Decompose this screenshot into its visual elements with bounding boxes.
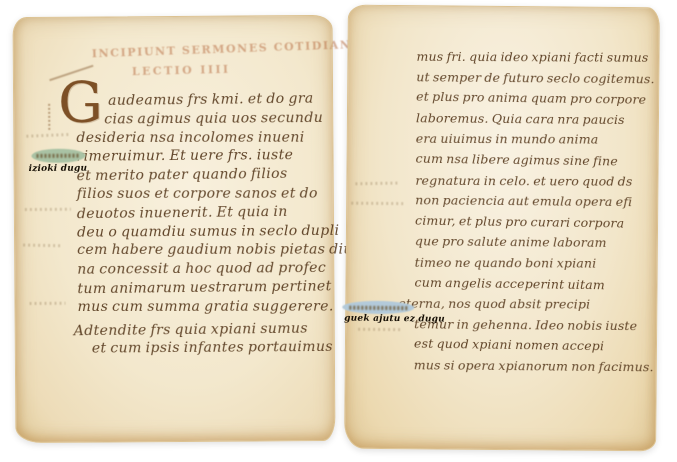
gloss-scribble: [37, 154, 80, 158]
marginal-gloss: [358, 328, 400, 331]
manuscript-line: que pro salute anime laboram: [415, 232, 653, 255]
gloss-label-right: guek ajutu ez dugu: [344, 314, 445, 325]
manuscript-line: rimeruimur. Et uere frs. iuste: [76, 146, 328, 167]
rubric-heading-line-1: INCIPIUNT SERMONES COTIDIANI: [92, 38, 359, 60]
manuscript-line: ut semper de futuro seclo cogitemus.: [416, 67, 654, 90]
marginal-gloss: [355, 182, 399, 186]
right-page: mus fri. quia ideo xpiani facti sumusut …: [344, 5, 660, 452]
manuscript-line: non paciencia aut emula opera efi: [415, 190, 653, 213]
manuscript-line: mus fri. quia ideo xpiani facti sumus: [416, 47, 654, 69]
marginal-gloss: [23, 244, 63, 248]
manuscript-line: filios suos et corpore sanos et do: [77, 185, 329, 204]
left-page: INCIPIUNT SERMONES COTIDIANI LECTIO IIII…: [13, 15, 336, 443]
manuscript-line: regnatura in celo. et uero quod ds: [415, 170, 653, 192]
manuscript-line: Adtendite frs quia xpiani sumus: [74, 319, 330, 341]
gloss-highlight-blue: [342, 301, 414, 315]
manuscript-line: est quod xpiani nomen accepi: [414, 334, 652, 358]
manuscript-photo: INCIPIUNT SERMONES COTIDIANI LECTIO IIII…: [0, 0, 677, 462]
manuscript-line: timeo ne quando boni xpiani: [415, 253, 653, 275]
manuscript-line: et cum ipsis infantes portauimus: [92, 338, 330, 358]
manuscript-line: cum nsa libere agimus sine fine: [415, 149, 653, 173]
manuscript-line: na concessit a hoc quod ad profec: [77, 259, 329, 280]
manuscript-line: et merito pater quando filios: [77, 165, 329, 187]
rubric-heading-line-2: LECTIO IIII: [132, 63, 231, 78]
left-text-block: audeamus frs kmi. et do gracias agimus q…: [76, 90, 330, 359]
manuscript-line: cias agimus quia uos secundu: [104, 109, 328, 129]
marginal-gloss: [30, 302, 66, 305]
manuscript-line: eterna, nos quod absit precipi: [398, 294, 652, 316]
manuscript-line: mus cum summa gratia suggerere.: [78, 297, 330, 316]
marginal-gloss: [26, 133, 68, 138]
manuscript-line: et plus pro anima quam pro corpore: [416, 87, 654, 111]
manuscript-line: cum angelis acceperint uitam: [414, 272, 652, 296]
manuscript-line: cem habere gaudium nobis pietas diui: [77, 241, 329, 260]
manuscript-line: tum animarum uestrarum pertinet: [77, 277, 329, 299]
manuscript-line: deuotos inuenerit. Et quia in: [77, 202, 329, 224]
gloss-label-left: izioki dugu: [29, 164, 88, 174]
manuscript-line: deu o quamdiu sumus in seclo dupli: [77, 221, 329, 242]
gloss-scribble: [349, 305, 407, 310]
marginal-gloss: [25, 208, 71, 211]
manuscript-line: desideria nsa incolomes inueni: [76, 128, 328, 147]
manuscript-line: audeamus frs kmi. et do gra: [108, 89, 328, 110]
manuscript-line: cimur, et plus pro curari corpora: [415, 210, 653, 234]
marginal-gloss: [351, 202, 405, 205]
manuscript-line: laboremus. Quia cara nra paucis: [416, 108, 654, 131]
manuscript-line: era uiuimus in mundo anima: [416, 129, 654, 151]
right-text-block: mus fri. quia ideo xpiani facti sumusut …: [414, 46, 655, 378]
manuscript-line: mus si opera xpianorum non facimus.: [414, 355, 652, 378]
